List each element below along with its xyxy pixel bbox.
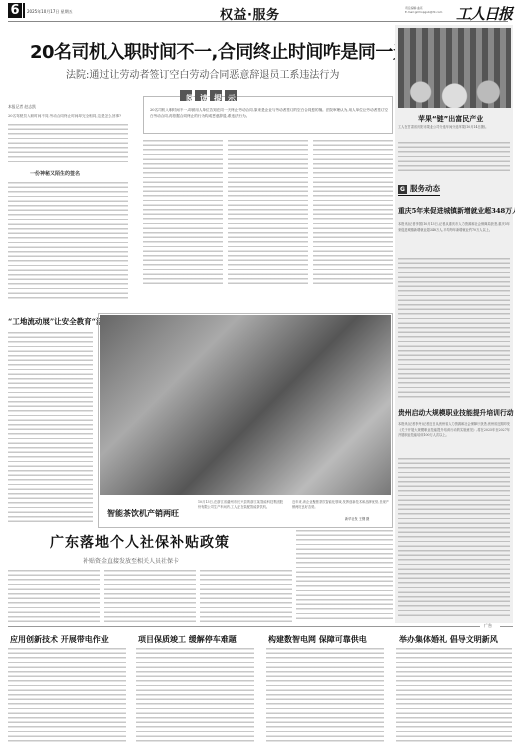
policy-body-col1 [8,570,100,622]
policy-subheadline: 补贴资金直接发放至相关人员社保卡 [83,556,179,565]
policy-headline[interactable]: 广东落地个人社保补贴政策 [50,532,230,552]
reading-tip-text: 20名司机入职时间不一,却被用人单位告知在同一天终止劳动合同,原来是企业与劳动者… [150,108,388,132]
page-number: 6 [8,3,22,18]
ad-divider-left [8,626,480,627]
editor-credit: 责任编辑:曲亮 E-mail:gmhopgub@ht.com [405,6,442,14]
apple-photo[interactable] [398,28,511,108]
news2-body [398,458,510,618]
apple-photo-title: 苹果“链”出富民产业 [418,114,483,124]
lead-body-col1a [8,124,128,164]
reading-tip-title: 阅读提示 [186,93,242,104]
ad-item-4-headline[interactable]: 举办集体婚礼 倡导文明新风 [399,634,498,645]
apple-photo-caption: 工人在甘肃省庆阳市果业公司分选车间分选苹果(10月14日摄)。 [398,125,510,142]
ad-divider-right [500,626,513,627]
ad-item-1-body [8,648,126,744]
section-label-text: 服务动态 [410,184,440,193]
lead-body-col4 [313,140,393,285]
policy-body-col2 [104,570,196,622]
ad-item-4-body [396,648,512,744]
ad-item-3-headline[interactable]: 构建数智电网 保障可靠供电 [268,634,367,645]
lead-body-col3 [228,140,308,285]
lead-byline: 本报记者 赵志凯 [8,104,36,110]
editor-email: E-mail:gmhopgub@ht.com [405,10,442,14]
news1-body [398,258,510,398]
factory-photo[interactable] [100,315,391,495]
policy-body-col3 [200,570,292,622]
lead-body-col1b [8,182,128,300]
lead-body-col2 [143,140,223,285]
photo-feature-title: 智能茶饮机产销两旺 [107,508,179,519]
lead-subheading: 一份神秘又陌生的签名 [30,170,80,177]
masthead-divider [8,21,508,22]
ad-item-1-headline[interactable]: 应用创新技术 开展带电作业 [10,634,109,645]
issue-date: 2025年10月17日 星期五 [27,9,73,15]
service-section-label: G服务动态 [398,183,440,196]
ad-label: 广告 [484,623,492,629]
news2-lead: 本报讯(记者李丹)记者近日从贵州省人力资源和社会保障厅获悉,贵州省近期印发《关于… [398,422,510,456]
photo-feature-caption: 10月13日,在浙江省湖州市长兴县的浙江某智能科技集团股份有限公司生产车间内,工… [198,500,283,522]
lead-subheadline: 法院:通过让劳动者签订空白劳动合同恶意辞退员工系违法行为 [66,66,339,81]
ad-item-2-body [136,648,254,744]
news1-headline[interactable]: 重庆5年来促进城镇新增就业超348万人 [398,205,515,215]
policy-body-col4 [296,530,393,622]
news1-lead: 本报讯(记者李国)10月13日,记者从重庆市人力资源和社会保障局获悉,重庆5年来… [398,222,510,256]
section-icon: G [398,185,407,194]
news2-headline[interactable]: 贵州启动大规模职业技能提升培训行动 [398,407,514,417]
apple-photo-body [398,142,510,174]
photo-feature-caption-2: 近年来,该企业聚焦茶饮智能化领域,发挥创新技术和品牌优势,呈现产销两旺良好态势。 [292,500,389,518]
ad-item-3-body [266,648,384,744]
ad-item-2-headline[interactable]: 项目保质竣工 缓解停车难题 [138,634,237,645]
page-number-bar [23,3,25,18]
lead-headline[interactable]: 20名司机入职时间不一,合同终止时间咋是同一天? [30,38,420,64]
side-story-body [8,332,93,522]
reading-tip-box: 20名司机入职时间不一,却被用人单位告知在同一天终止劳动合同,原来是企业与劳动者… [143,96,393,134]
photo-credit: 新华社发 王钢 摄 [345,516,369,521]
